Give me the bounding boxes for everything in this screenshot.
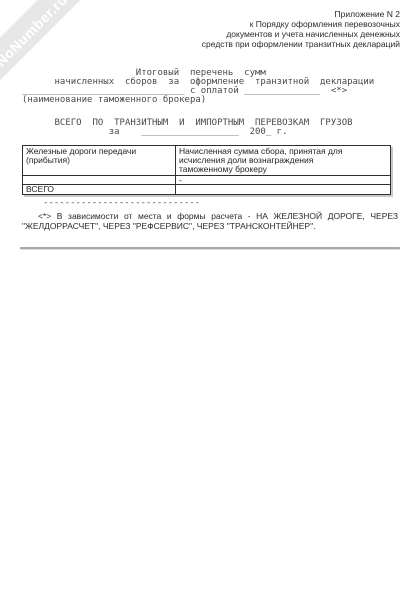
header-cell-roads-line: (прибытия) — [26, 156, 172, 165]
table-row: - — [23, 175, 391, 184]
table-header-row: Железные дороги передачи (прибытия) Начи… — [23, 146, 391, 176]
bottom-divider — [20, 247, 400, 250]
total-sum-cell — [176, 184, 391, 194]
appendix-line: Приложение N 2 — [202, 9, 400, 19]
document-page: NoNumber.ru Приложение N 2 к Порядку офо… — [0, 0, 420, 600]
footnote-text: <*> В зависимости от места и формы расче… — [22, 211, 398, 231]
table-total-row: ВСЕГО — [23, 184, 391, 194]
footnote-text-line: "ЖЕЛДОРРАСЧЕТ", ЧЕРЕЗ "РЕФСЕРВИС", ЧЕРЕЗ… — [22, 221, 398, 231]
period-blank-line: за __________________ 200_ г. — [22, 128, 353, 137]
totals-heading-block: ВСЕГО ПО ТРАНЗИТНЫМ И ИМПОРТНЫМ ПЕРЕВОЗК… — [22, 119, 353, 137]
appendix-header: Приложение N 2 к Порядку оформления пере… — [202, 9, 400, 49]
total-row-label: ВСЕГО — [23, 184, 176, 194]
appendix-line: средств при оформлении транзитных деклар… — [202, 39, 400, 49]
footnote: ----------------------------- <*> В зави… — [22, 199, 398, 231]
header-cell-roads: Железные дороги передачи (прибытия) — [23, 146, 176, 176]
header-cell-sum: Начисленная сумма сбора, принятая для ис… — [176, 146, 391, 176]
road-cell — [23, 175, 176, 184]
document-title-block: Итоговый перечень сумм начисленных сборо… — [22, 69, 374, 105]
watermark-text: NoNumber.ru — [0, 0, 70, 69]
fees-table: Железные дороги передачи (прибытия) Начи… — [22, 145, 391, 195]
footnote-separator: ----------------------------- — [43, 199, 398, 208]
appendix-line: документов и учета начисленных денежных — [202, 29, 400, 39]
sum-cell: - — [176, 175, 391, 184]
header-cell-sum-line: таможенному брокеру — [179, 165, 387, 174]
appendix-line: к Порядку оформления перевозочных — [202, 19, 400, 29]
footnote-text-line: <*> В зависимости от места и формы расче… — [38, 211, 398, 221]
broker-name-caption: (наименование таможенного брокера) — [22, 96, 374, 105]
